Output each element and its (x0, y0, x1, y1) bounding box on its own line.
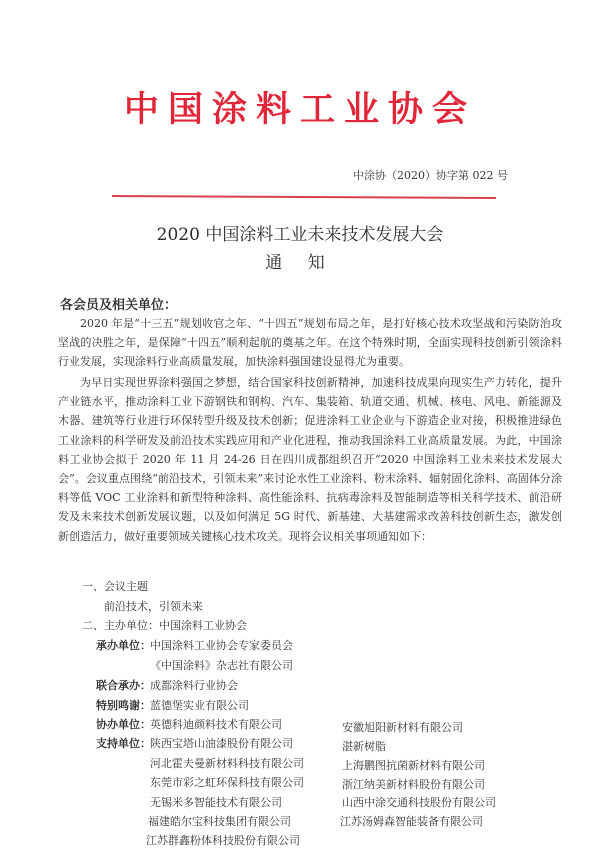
red-divider-line (112, 195, 496, 199)
supporter-left-6: 江苏群鑫粉体科技股份有限公司 (146, 832, 300, 848)
supporter-right-3: 浙江纳美新材料股份有限公司 (342, 776, 485, 792)
supporter-right-4: 山西中涂交通科技股份有限公司 (342, 794, 496, 810)
section-theme-heading: 一、会议主题 (82, 578, 148, 594)
organizer-heading: 二、主办单位： (82, 619, 159, 632)
supporter-right-2: 上海鹏图抗菌新材料有限公司 (342, 757, 485, 773)
co-undertaker: 成都涂料行业协会 (150, 677, 238, 693)
undertaker-label: 承办单位： (96, 637, 151, 653)
notice-title: 2020 中国涂料工业未来技术发展大会 (0, 220, 600, 245)
special-thanks: 蓝德堡实业有限公司 (150, 697, 249, 713)
supporter-label: 支持单位： (96, 735, 151, 751)
undertaker-1: 中国涂料工业协会专家委员会 (150, 637, 293, 653)
section-organizer: 二、主办单位：中国涂料工业协会 (82, 617, 247, 633)
co-undertaker-label: 联合承办： (96, 677, 151, 693)
paragraph-purpose: 为早日实现世界涂料强国之梦想，结合国家科技创新精神，加速科技成果向现实生产力转化… (58, 373, 562, 546)
supporter-left-3: 东莞市彩之虹环保科技有限公司 (150, 774, 304, 790)
organizer-value: 中国涂料工业协会 (159, 619, 247, 632)
supporter-left-1: 陕西宝塔山油漆股份有限公司 (150, 735, 293, 751)
co-organizer-2: 安徽旭阳新材料有限公司 (342, 719, 463, 735)
salutation: 各会员及相关单位： (60, 294, 177, 313)
notice-subtitle: 通 知 (0, 248, 600, 273)
special-thanks-label: 特别鸣谢： (96, 697, 151, 713)
co-organizer-1: 英德科迪颜料技术有限公司 (150, 716, 282, 732)
document-number: 中涂协（2020）协字第 022 号 (353, 167, 508, 183)
supporter-left-4: 无锡米多智能技术有限公司 (150, 794, 282, 810)
co-organizer-label: 协办单位： (96, 716, 151, 732)
section-theme-value: 前沿技术，引领未来 (104, 598, 203, 614)
undertaker-2: 《中国涂料》杂志社有限公司 (150, 657, 293, 673)
supporter-left-2: 河北霍夫曼新材料科技有限公司 (150, 755, 304, 771)
supporter-left-5: 福建皓尔宝科技集团有限公司 (148, 813, 291, 829)
supporter-right-1: 湛新树脂 (342, 738, 386, 754)
supporter-right-5: 江苏汤姆森智能装备有限公司 (340, 813, 483, 829)
letterhead-org-name: 中国涂料工业协会 (0, 82, 600, 132)
paragraph-intro: 2020 年是“十三五”规划收官之年、“十四五”规划布局之年，是打好核心技术攻坚… (58, 314, 562, 372)
